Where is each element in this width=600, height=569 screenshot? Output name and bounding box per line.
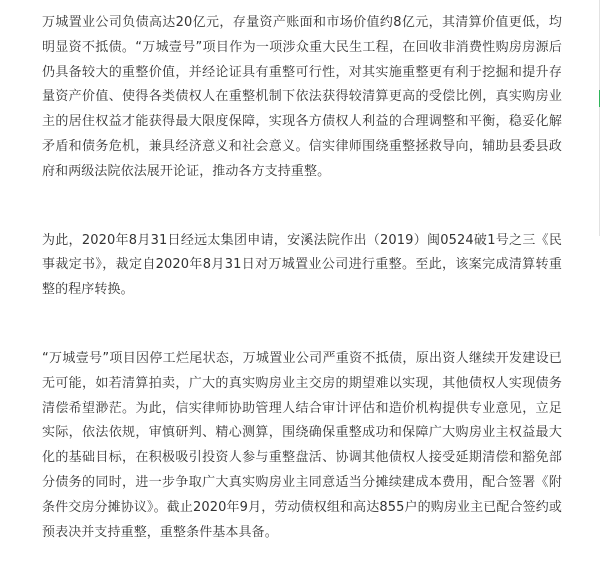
article-paragraph-1: 万城置业公司负债高达20亿元，存量资产账面和市场价值约8亿元，其清算价值更低，均… [42,11,562,185]
article-paragraph-2: 为此，2020年8月31日经远太集团申请，安溪法院作出（2019）闽0524破1… [42,229,562,303]
article-body: 万城置业公司负债高达20亿元，存量资产账面和市场价值约8亿元，其清算价值更低，均… [42,11,562,545]
article-paragraph-3: “万城壹号”项目因停工烂尾状态，万城置业公司严重资不抵债，原出资人继续开发建设已… [42,347,562,545]
